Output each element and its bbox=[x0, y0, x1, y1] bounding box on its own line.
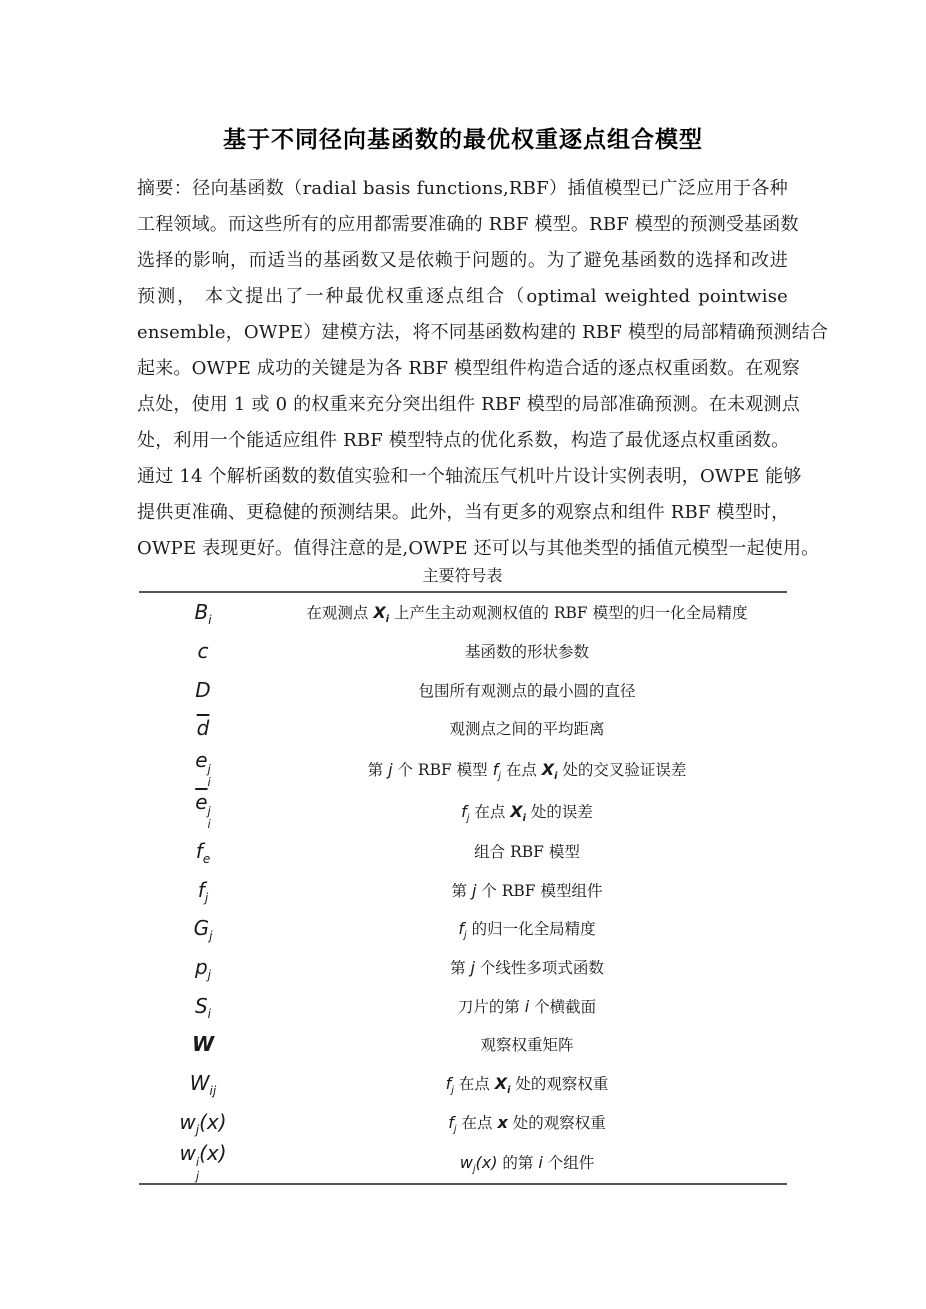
symbol-description: fj 在点 Xi 处的误差 bbox=[267, 800, 787, 822]
table-row: Si刀片的第 i 个横截面 bbox=[139, 986, 787, 1025]
symbol-table-title: 主要符号表 bbox=[137, 563, 788, 589]
symbol-cell: wj(x) bbox=[139, 1110, 267, 1134]
symbol-cell: c bbox=[139, 639, 267, 663]
table-row: fe组合 RBF 模型 bbox=[139, 832, 787, 871]
symbol-description: fj 的归一化全局精度 bbox=[267, 917, 787, 939]
table-row: wij(x)wj(x) 的第 i 个组件 bbox=[139, 1141, 787, 1183]
symbol-cell: Si bbox=[139, 994, 267, 1018]
math-symbol: c bbox=[198, 639, 209, 663]
math-symbol: fj bbox=[461, 802, 469, 821]
symbol-cell: Gj bbox=[139, 916, 267, 940]
table-row: eji第 j 个 RBF 模型 fj 在点 Xi 处的交叉验证误差 bbox=[139, 748, 787, 790]
abstract-line: 工程领域。而这些所有的应用都需要准确的 RBF 模型。RBF 模型的预测受基函数 bbox=[137, 207, 788, 243]
document-page: 基于不同径向基函数的最优权重逐点组合模型 摘要：径向基函数（radial bas… bbox=[0, 0, 926, 1309]
math-symbol: wj(x) bbox=[460, 1153, 498, 1172]
symbol-cell: eji bbox=[139, 748, 267, 790]
abstract-line: 点处，使用 1 或 0 的权重来充分突出组件 RBF 模型的局部准确预测。在未观… bbox=[137, 387, 788, 423]
math-symbol: j bbox=[471, 958, 475, 977]
math-symbol: Xi bbox=[373, 603, 389, 622]
math-symbol: Xi bbox=[510, 802, 526, 821]
table-row: ejifj 在点 Xi 处的误差 bbox=[139, 790, 787, 832]
math-symbol: j bbox=[472, 881, 476, 900]
math-symbol: fj bbox=[446, 1074, 454, 1093]
abstract-line: ensemble，OWPE）建模方法，将不同基函数构建的 RBF 模型的局部精确… bbox=[137, 315, 788, 351]
math-symbol: j bbox=[388, 760, 392, 779]
abstract-line: 摘要：径向基函数（radial basis functions,RBF）插值模型… bbox=[137, 171, 788, 207]
symbol-description: 基函数的形状参数 bbox=[267, 640, 787, 662]
symbol-cell: Bi bbox=[139, 600, 267, 624]
table-row: fj第 j 个 RBF 模型组件 bbox=[139, 870, 787, 909]
table-row: Bi在观测点 Xi 上产生主动观测权值的 RBF 模型的归一化全局精度 bbox=[139, 593, 787, 632]
symbol-description: wj(x) 的第 i 个组件 bbox=[267, 1151, 787, 1173]
math-symbol: Gj bbox=[194, 916, 213, 940]
math-symbol: Xi bbox=[495, 1074, 511, 1093]
symbol-description: 第 j 个线性多项式函数 bbox=[267, 956, 787, 978]
symbol-description: 组合 RBF 模型 bbox=[267, 840, 787, 862]
symbol-description: fj 在点 Xi 处的观察权重 bbox=[267, 1072, 787, 1094]
abstract-line: 起来。OWPE 成功的关键是为各 RBF 模型组件构造合适的逐点权重函数。在观察 bbox=[137, 351, 788, 387]
math-symbol: eji bbox=[195, 748, 211, 772]
abstract-line: OWPE 表现更好。值得注意的是,OWPE 还可以与其他类型的插值元模型一起使用… bbox=[137, 531, 788, 567]
symbol-description: 刀片的第 i 个横截面 bbox=[267, 995, 787, 1017]
symbol-description: fj 在点 x 处的观察权重 bbox=[267, 1111, 787, 1133]
table-row: c基函数的形状参数 bbox=[139, 632, 787, 671]
math-symbol: fj bbox=[458, 919, 466, 938]
math-symbol: i bbox=[538, 1153, 542, 1172]
page-title: 基于不同径向基函数的最优权重逐点组合模型 bbox=[136, 121, 790, 154]
math-symbol: Si bbox=[195, 994, 211, 1018]
symbol-cell: D bbox=[139, 678, 267, 702]
symbol-description: 第 j 个 RBF 模型组件 bbox=[267, 879, 787, 901]
math-symbol: pj bbox=[195, 955, 211, 979]
table-row: d观测点之间的平均距离 bbox=[139, 709, 787, 748]
math-symbol: i bbox=[525, 997, 529, 1016]
table-row: Gjfj 的归一化全局精度 bbox=[139, 909, 787, 948]
symbol-description: 在观测点 Xi 上产生主动观测权值的 RBF 模型的归一化全局精度 bbox=[267, 601, 787, 623]
math-symbol: x bbox=[497, 1113, 507, 1132]
math-symbol: W bbox=[192, 1032, 214, 1056]
symbol-description: 观测点之间的平均距离 bbox=[267, 717, 787, 739]
math-symbol: D bbox=[195, 678, 210, 702]
symbol-cell: d bbox=[139, 716, 267, 740]
symbol-cell: pj bbox=[139, 955, 267, 979]
table-row: Wijfj 在点 Xi 处的观察权重 bbox=[139, 1064, 787, 1103]
math-symbol: fj bbox=[198, 878, 208, 902]
math-symbol: fj bbox=[448, 1113, 456, 1132]
math-symbol: Xi bbox=[542, 760, 558, 779]
abstract-line: 预测， 本文提出了一种最优权重逐点组合（optimal weighted poi… bbox=[137, 279, 788, 315]
table-row: D包围所有观测点的最小圆的直径 bbox=[139, 670, 787, 709]
symbol-description: 包围所有观测点的最小圆的直径 bbox=[267, 679, 787, 701]
math-symbol: fe bbox=[196, 839, 210, 863]
abstract-line: 处，利用一个能适应组件 RBF 模型特点的优化系数，构造了最优逐点权重函数。 bbox=[137, 423, 788, 459]
math-symbol: d bbox=[197, 716, 210, 740]
math-symbol: eji bbox=[195, 790, 211, 814]
abstract-line: 通过 14 个解析函数的数值实验和一个轴流压气机叶片设计实例表明，OWPE 能够 bbox=[137, 459, 788, 495]
symbol-description: 第 j 个 RBF 模型 fj 在点 Xi 处的交叉验证误差 bbox=[267, 758, 787, 780]
table-row: W观察权重矩阵 bbox=[139, 1025, 787, 1064]
table-row: wj(x)fj 在点 x 处的观察权重 bbox=[139, 1102, 787, 1141]
abstract: 摘要：径向基函数（radial basis functions,RBF）插值模型… bbox=[137, 171, 788, 567]
symbol-description: 观察权重矩阵 bbox=[267, 1033, 787, 1055]
symbol-cell: W bbox=[139, 1032, 267, 1056]
abstract-line: 选择的影响，而适当的基函数又是依赖于问题的。为了避免基函数的选择和改进 bbox=[137, 243, 788, 279]
abstract-line: 提供更准确、更稳健的预测结果。此外，当有更多的观察点和组件 RBF 模型时， bbox=[137, 495, 788, 531]
math-symbol: Wij bbox=[190, 1071, 216, 1095]
table-row: pj第 j 个线性多项式函数 bbox=[139, 948, 787, 987]
math-symbol: fj bbox=[493, 760, 501, 779]
symbol-cell: wij(x) bbox=[139, 1141, 267, 1183]
symbol-cell: fj bbox=[139, 878, 267, 902]
symbol-cell: eji bbox=[139, 790, 267, 832]
symbol-table: Bi在观测点 Xi 上产生主动观测权值的 RBF 模型的归一化全局精度c基函数的… bbox=[139, 591, 787, 1185]
symbol-cell: fe bbox=[139, 839, 267, 863]
math-symbol: wij(x) bbox=[179, 1141, 226, 1165]
math-symbol: wj(x) bbox=[179, 1110, 226, 1134]
math-symbol: Bi bbox=[194, 600, 211, 624]
symbol-cell: Wij bbox=[139, 1071, 267, 1095]
